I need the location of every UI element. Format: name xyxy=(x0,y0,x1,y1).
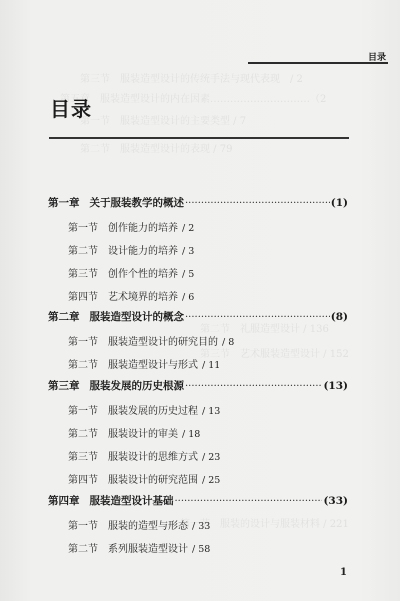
section-title: 系列服装造型设计 xyxy=(108,540,188,555)
header-rule xyxy=(248,62,388,64)
chapter-page: (13) xyxy=(323,380,348,392)
chapter-title: 服装造型设计的概念 xyxy=(90,309,185,324)
section-number: 第二节 xyxy=(68,425,98,440)
dot-leader xyxy=(175,495,323,507)
bleed-through-text: 第二节 服装造型设计的表现 / 79 xyxy=(80,140,232,155)
section-number: 第四节 xyxy=(68,288,98,303)
toc-section[interactable]: 第一节 服装的造型与形态 / 33 xyxy=(68,517,210,532)
section-number: 第三节 xyxy=(68,448,98,463)
chapter-title: 服装发展的历史根源 xyxy=(90,378,185,393)
section-number: 第三节 xyxy=(68,265,98,280)
chapter-page: (8) xyxy=(331,311,348,323)
section-page: / 23 xyxy=(202,452,220,463)
toc-section[interactable]: 第一节 创作能力的培养 / 2 xyxy=(68,219,194,234)
section-title: 服装的造型与形态 xyxy=(108,517,188,532)
section-page: / 11 xyxy=(202,360,220,371)
section-page: / 5 xyxy=(182,269,194,280)
toc-chapter-4[interactable]: 第四章 服装造型设计基础 (33) xyxy=(48,493,348,508)
chapter-number: 第四章 xyxy=(48,493,80,508)
section-page: / 58 xyxy=(192,544,210,555)
bleed-through-text: 第一节 服装造型设计的主要类型 / 7 xyxy=(80,112,246,127)
toc-chapter-2[interactable]: 第二章 服装造型设计的概念 (8) xyxy=(48,309,348,324)
book-page: 第三节 服装造型设计的传统手法与现代表现 / 2 第五章 服装造型设计的内在因素… xyxy=(0,0,400,601)
section-page: / 6 xyxy=(182,292,194,303)
dot-leader xyxy=(185,197,330,209)
section-page: / 13 xyxy=(202,406,220,417)
toc-section[interactable]: 第一节 服装发展的历史过程 / 13 xyxy=(68,402,220,417)
toc-section[interactable]: 第一节 服装造型设计的研究目的 / 8 xyxy=(68,333,234,348)
section-number: 第一节 xyxy=(68,402,98,417)
toc-section[interactable]: 第三节 服装设计的思维方式 / 23 xyxy=(68,448,220,463)
section-page: / 8 xyxy=(222,337,234,348)
chapter-page: (33) xyxy=(323,495,348,507)
toc-section[interactable]: 第四节 服装设计的研究范围 / 25 xyxy=(68,471,220,486)
section-title: 服装设计的审美 xyxy=(108,425,178,440)
section-title: 服装造型设计与形式 xyxy=(108,356,198,371)
chapter-title: 关于服装教学的概述 xyxy=(90,195,185,210)
chapter-number: 第二章 xyxy=(48,309,80,324)
section-title: 服装造型设计的研究目的 xyxy=(108,333,218,348)
toc-section[interactable]: 第二节 服装造型设计与形式 / 11 xyxy=(68,356,220,371)
section-page: / 3 xyxy=(182,246,194,257)
chapter-number: 第一章 xyxy=(48,195,80,210)
bleed-through-text: 第五章 服装造型设计的内在因素…………………………（2 xyxy=(60,90,326,105)
section-page: / 25 xyxy=(202,475,220,486)
toc-chapter-3[interactable]: 第三章 服装发展的历史根源 (13) xyxy=(48,378,348,393)
toc-section[interactable]: 第三节 创作个性的培养 / 5 xyxy=(68,265,194,280)
chapter-number: 第三章 xyxy=(48,378,80,393)
chapter-page: (1) xyxy=(331,197,348,209)
section-number: 第四节 xyxy=(68,471,98,486)
section-number: 第一节 xyxy=(68,333,98,348)
section-page: / 33 xyxy=(192,521,210,532)
section-page: / 18 xyxy=(182,429,200,440)
section-number: 第一节 xyxy=(68,517,98,532)
section-title: 创作个性的培养 xyxy=(108,265,178,280)
toc-section[interactable]: 第四节 艺术境界的培养 / 6 xyxy=(68,288,194,303)
section-page: / 2 xyxy=(182,223,194,234)
toc-section[interactable]: 第二节 服装设计的审美 / 18 xyxy=(68,425,200,440)
section-title: 创作能力的培养 xyxy=(108,219,178,234)
section-title: 艺术境界的培养 xyxy=(108,288,178,303)
section-title: 服装设计的思维方式 xyxy=(108,448,198,463)
dot-leader xyxy=(185,311,330,323)
page-title: 目录 xyxy=(50,93,92,122)
toc-section[interactable]: 第二节 系列服装造型设计 / 58 xyxy=(68,540,210,555)
section-number: 第一节 xyxy=(68,219,98,234)
dot-leader xyxy=(185,380,322,392)
section-title: 设计能力的培养 xyxy=(108,242,178,257)
toc-chapter-1[interactable]: 第一章 关于服装教学的概述 (1) xyxy=(48,195,348,210)
section-title: 服装设计的研究范围 xyxy=(108,471,198,486)
page-number: 1 xyxy=(340,567,347,578)
bleed-through-text: 第三节 服装造型设计的传统手法与现代表现 / 2 xyxy=(80,70,303,85)
section-number: 第二节 xyxy=(68,540,98,555)
section-number: 第二节 xyxy=(68,242,98,257)
toc-section[interactable]: 第二节 设计能力的培养 / 3 xyxy=(68,242,194,257)
section-title: 服装发展的历史过程 xyxy=(108,402,198,417)
chapter-title: 服装造型设计基础 xyxy=(90,493,174,508)
section-number: 第二节 xyxy=(68,356,98,371)
title-rule xyxy=(49,137,349,139)
